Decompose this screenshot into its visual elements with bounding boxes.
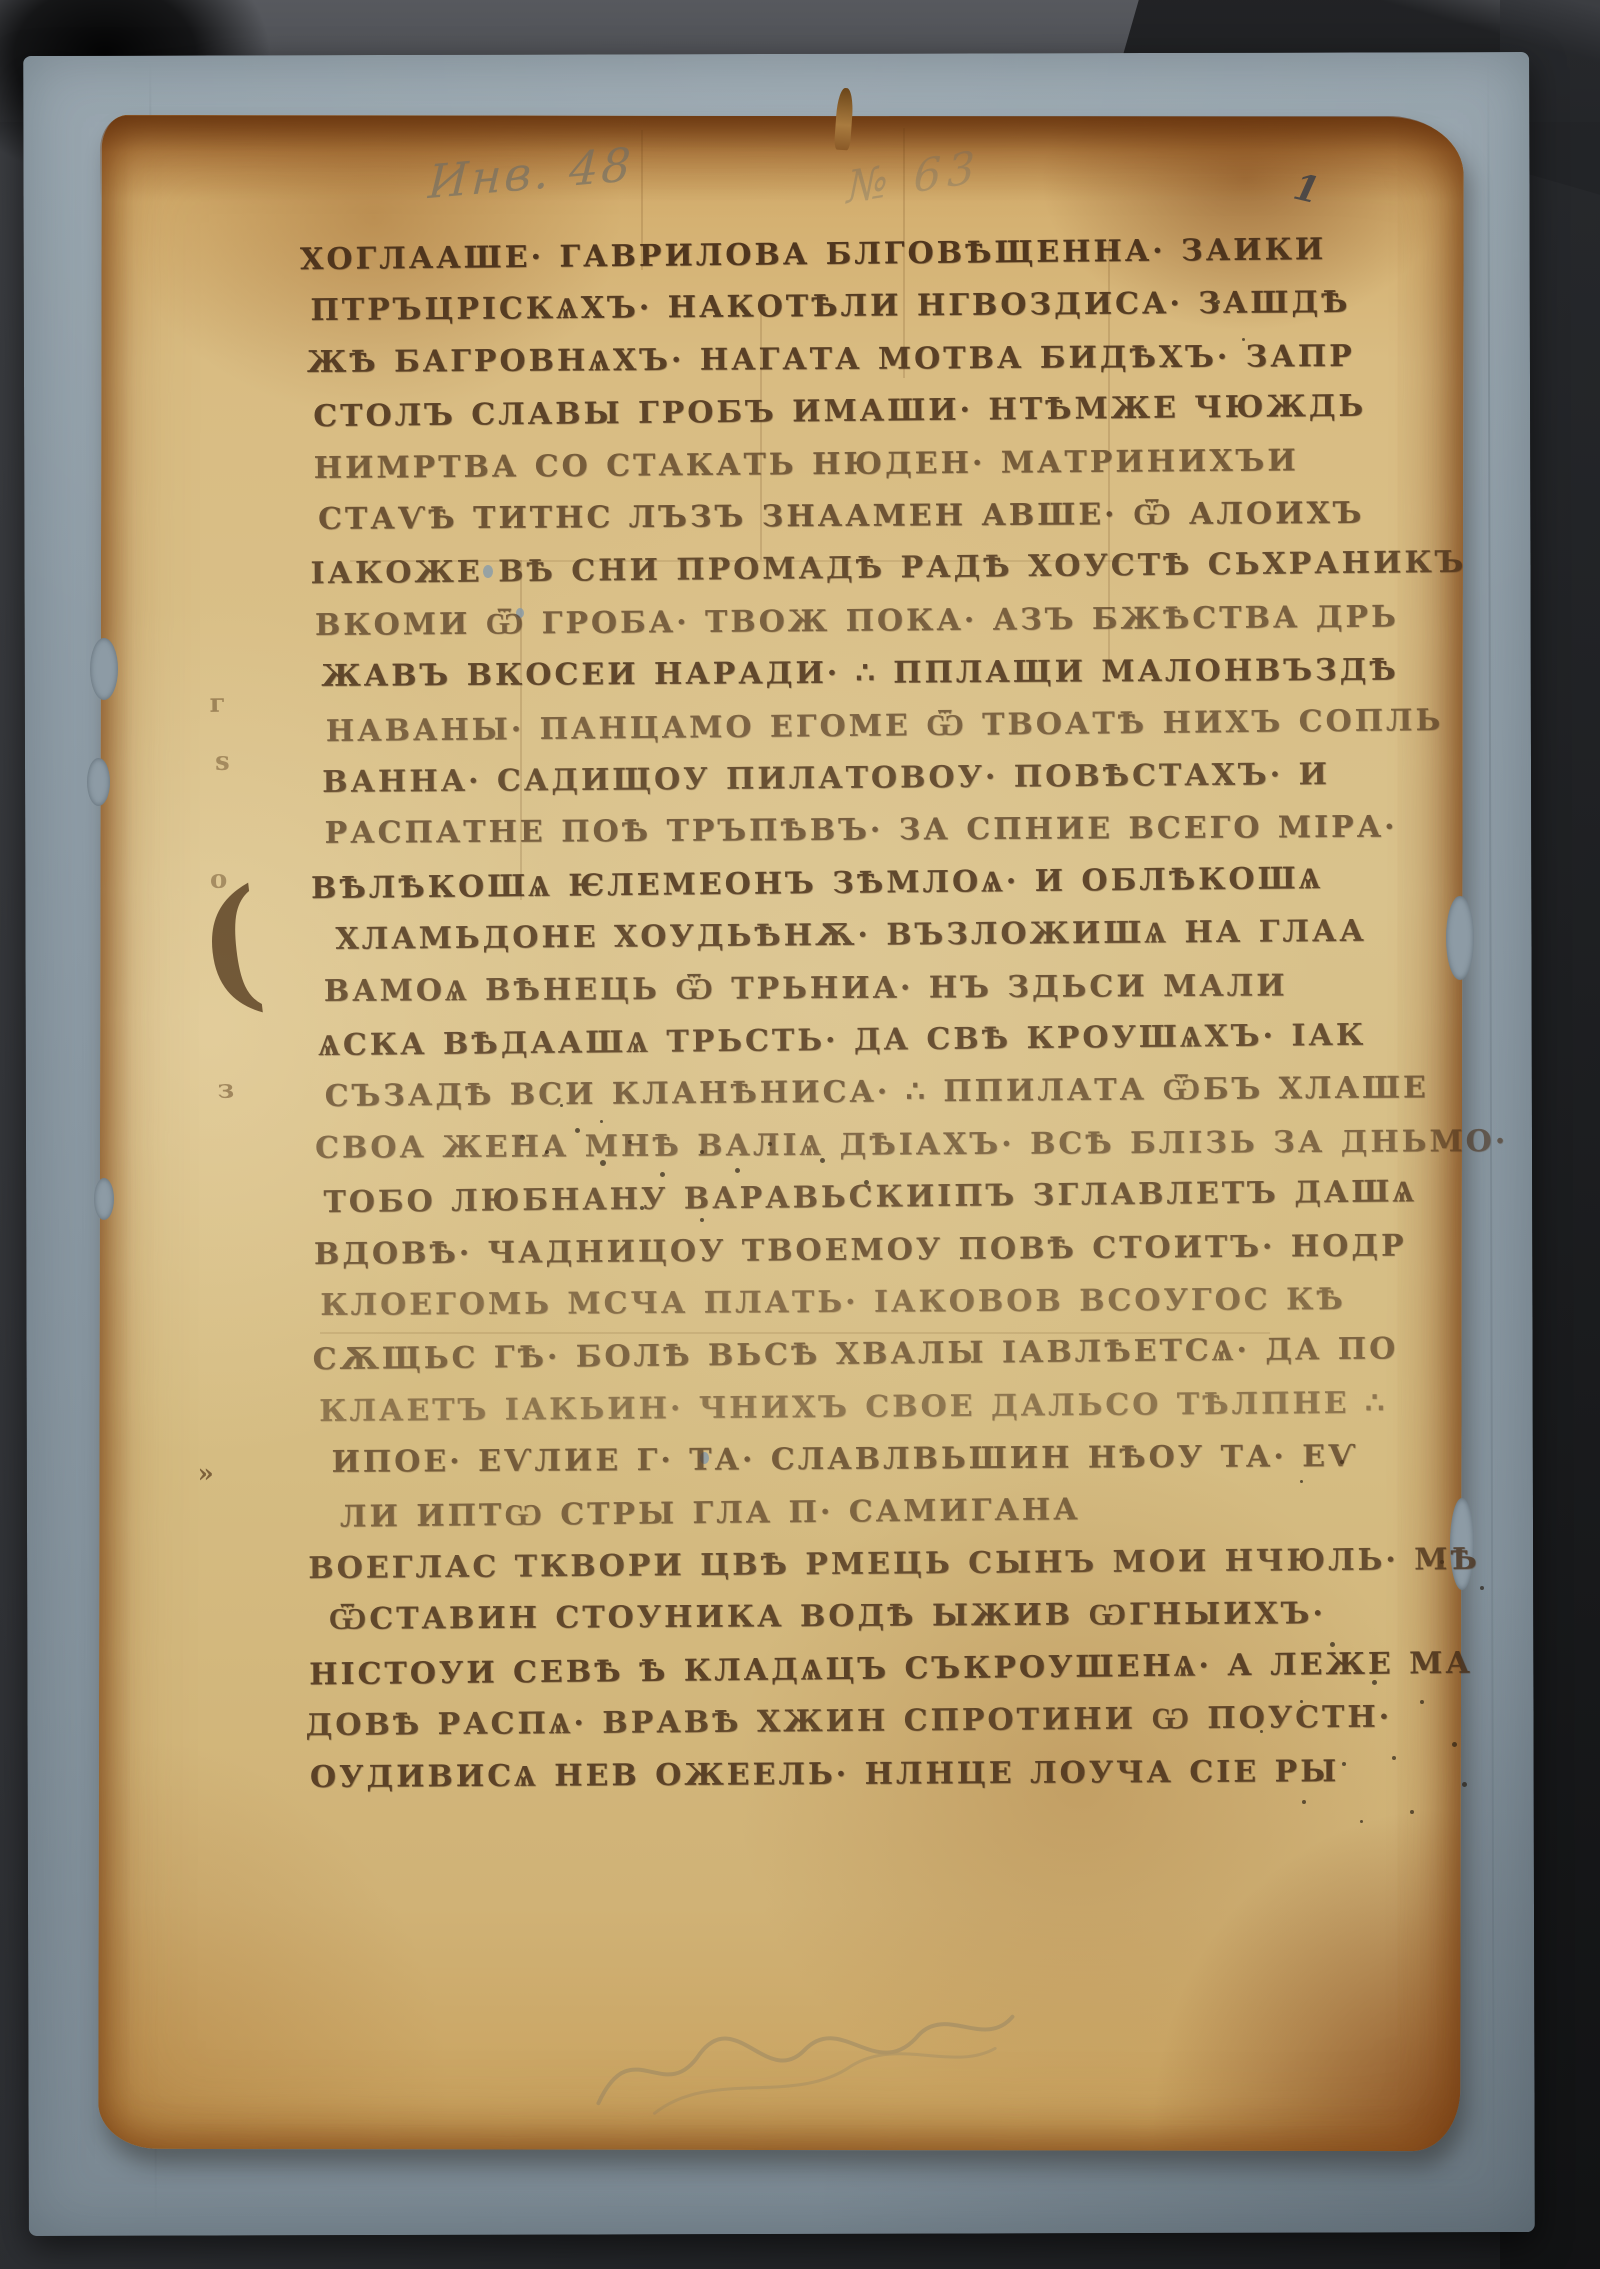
manuscript-text-line: ХЛАМЬДОНЕ ХОУДЬѢНѪ· ВЪЗЛОЖИШѦ НА ГЛАА — [335, 914, 1367, 957]
margin-marks: гѕоз» — [0, 0, 1598, 3]
manuscript-text-line: ХОГЛААШЕ· ГАВРИЛОВА БЛГОВѢЩЕННА· ЗАИКИ — [300, 232, 1326, 277]
manuscript-text-line: ВДОВѢ· ЧАДНИЦОУ ТВОЕМОУ ПОВѢ СТОИТЪ· НОД… — [314, 1228, 1407, 1272]
manuscript-text-line: СТОЛЪ СЛАВЫ ГРОБЪ ИМАШИ· НТѢМЖЕ ЧЮЖДЬ — [313, 389, 1366, 434]
margin-mark: з — [217, 1075, 234, 1105]
margin-mark: » — [197, 1459, 213, 1489]
manuscript-text-line: РАСПАТНЕ ПОѢ ТРЪПѢВЪ· ЗА СПНИЕ ВСЕГО МІР… — [324, 810, 1397, 851]
text-lines: ХОГЛААШЕ· ГАВРИЛОВА БЛГОВѢЩЕННА· ЗАИКИПТ… — [0, 0, 1598, 3]
manuscript-text-line: ПТРЪЦРІСКѦХЪ· НАКОТѢЛИ НГВОЗДИСА· ЗАШДѢ — [310, 285, 1350, 328]
manuscript-text-line: ВОЕГЛАС ТКВОРИ ЦВѢ РМЕЦЬ СЫНЪ МОИ НЧЮЛЬ·… — [308, 1542, 1480, 1586]
manuscript-text-line: ВѢЛѢКОШѦ ѤЛЕМЕОНЪ ЗѢМЛОѦ· И ОБЛѢКОШѦ — [311, 861, 1324, 906]
manuscript-text-line: ВКОМИ Ѿ ГРОБА· ТВОЖ ПОКА· АЗЪ БЖѢСТВА ДР… — [315, 599, 1399, 643]
manuscript-text-line: ВАМОѦ ВѢНЕЦЬ Ѿ ТРЬНИА· НЪ ЗДЬСИ МАЛИ — [324, 968, 1288, 1009]
manuscript-text-line: НІСТОУИ СЕВѢ Ѣ КЛАДѦЦЪ СЪКРОУШЕНѦ· А ЛЕЖ… — [309, 1646, 1473, 1693]
manuscript-text-line: ѦСКА ВѢДААШѦ ТРЬСТЬ· ДА СВѢ КРОУШѦХЪ· ІА… — [318, 1018, 1366, 1063]
margin-mark: ѕ — [215, 747, 230, 777]
manuscript-text-line: СѪЩЬС ГѢ· БОЛѢ ВЬСѢ ХВАЛЫ ІАВЛѢЕТСѦ· ДА … — [313, 1332, 1399, 1378]
text-block: ( ХОГЛААШЕ· ГАВРИЛОВА БЛГОВѢЩЕННА· ЗАИКИ… — [0, 0, 1600, 2269]
photo-scene: Инв. 48 № 63 1 ( ХОГЛААШЕ· ГАВРИЛОВА БЛГ… — [0, 0, 1600, 2269]
manuscript-text-line: СТАѴѢ ТИТНС ЛЪЗЪ ЗНААМЕН АВШЕ· Ѿ АЛОИХЪ — [318, 496, 1364, 537]
manuscript-text-line: ОУДИВИСѦ НЕВ ОЖЕЕЛЬ· НЛНЦЕ ЛОУЧА СІЕ РЫ — [310, 1754, 1339, 1795]
manuscript-text-line: ІАКОЖЕ ВѢ СНИ ПРОМАДѢ РАДѢ ХОУСТѢ СЬХРАН… — [310, 545, 1466, 591]
manuscript-text-line: НАВАНЫ· ПАНЦАМО ЕГОМЕ Ѿ ТВОАТѢ НИХЪ СОПЛ… — [326, 703, 1444, 749]
manuscript-text-line: ТОБО ЛЮБНАНУ ВАРАВЬСКИІПЪ ЗГЛАВЛЕТЪ ДАШѦ — [323, 1174, 1417, 1220]
manuscript-text-line: НИМРТВА СО СТАКАТЬ НЮДЕН· МАТРИНИХЪИ — [314, 443, 1299, 486]
manuscript-text-line: СЪЗАДѢ ВСИ КЛАНѢНИСА· ∴ ППИЛАТА ѾБЪ ХЛАШ… — [325, 1071, 1429, 1115]
manuscript-text-line: ИПОЕ· ЕѴЛИЕ Г· ТА· СЛАВЛВЬШИН НѢОУ ТА· Е… — [331, 1439, 1358, 1480]
decorated-initial: ( — [192, 870, 270, 1019]
manuscript-text-line: СВОА ЖЕНА МНѢ ВАЛІѦ ДѢІАХЪ· ВСѢ БЛІЗЬ ЗА… — [315, 1124, 1508, 1166]
manuscript-text-line: ЛИ ИПТѠ СТРЫ ГЛА П· САМИГАНА — [340, 1492, 1081, 1534]
manuscript-text-line: ѾСТАВИН СТОУНИКА ВОДѢ ЫЖИВ ѠГНЫИХЪ· — [329, 1597, 1326, 1638]
margin-mark: г — [209, 689, 225, 719]
margin-mark: о — [210, 865, 228, 895]
manuscript-text-line: ЖАВЪ ВКОСЕИ НАРАДИ· ∴ ППЛАЩИ МАЛОНВЪЗДѢ — [321, 653, 1399, 694]
manuscript-text-line: КЛОЕГОМЬ МСЧА ПЛАТЬ· ІАКОВОВ ВСОУГОС КѢ — [320, 1282, 1346, 1323]
manuscript-text-line: ДОВѢ РАСПѦ· ВРАВѢ ХЖИН СПРОТИНИ Ѡ ПОУСТН… — [305, 1700, 1392, 1744]
manuscript-text-line: ЖѢ БАГРОВНѦХЪ· НАГАТА МОТВА БИДѢХЪ· ЗАПР — [307, 339, 1355, 380]
manuscript-text-line: КЛАЕТЪ ІАКЬИН· ЧНИХЪ СВОЕ ДАЛЬСО ТѢЛПНЕ … — [319, 1385, 1387, 1428]
manuscript-text-line: ВАННА· САДИЩОУ ПИЛАТОВОУ· ПОВѢСТАХЪ· И — [322, 757, 1330, 800]
